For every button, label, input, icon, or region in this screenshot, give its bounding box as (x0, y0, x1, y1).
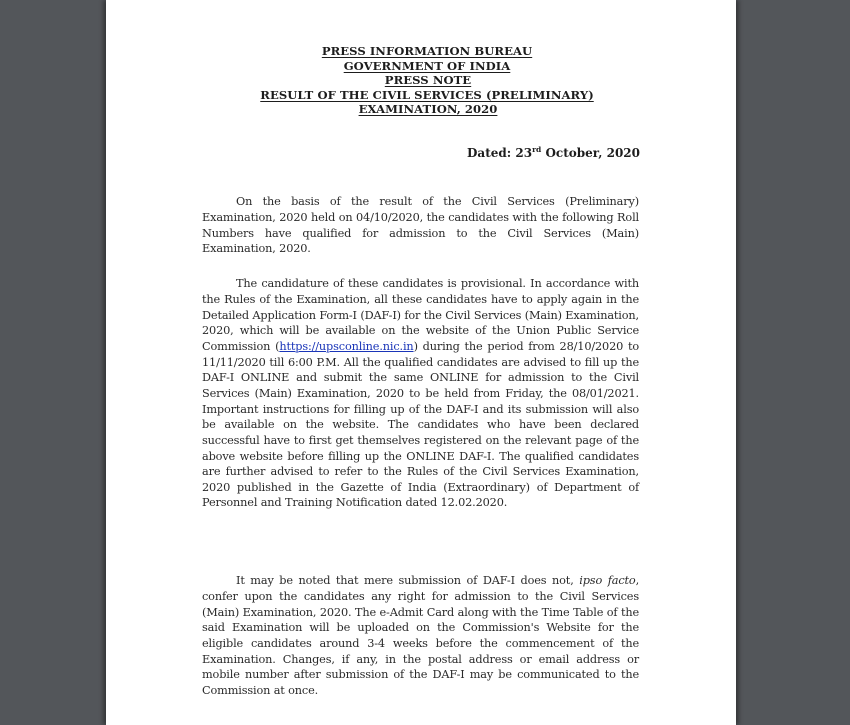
dated-ordinal: rd (532, 145, 541, 154)
paragraph-admit-card-text-2: , confer upon the candidates any right f… (202, 574, 639, 697)
dated-prefix: Dated: 23 (467, 146, 532, 160)
paragraph-admit-card-text-1: It may be noted that mere submission of … (236, 574, 579, 587)
header-line-government: GOVERNMENT OF INDIA (118, 59, 736, 74)
dated-line: Dated: 23rd October, 2020 (467, 145, 640, 160)
header-line-result-title: RESULT OF THE CIVIL SERVICES (PRELIMINAR… (118, 88, 736, 103)
header-line-press-note: PRESS NOTE (120, 73, 736, 88)
header-line-bureau: PRESS INFORMATION BUREAU (118, 44, 736, 59)
paragraph-candidature: The candidature of these candidates is p… (202, 276, 639, 511)
paragraph-admit-card: It may be noted that mere submission of … (202, 573, 639, 698)
document-page: PRESS INFORMATION BUREAU GOVERNMENT OF I… (106, 0, 736, 725)
document-header: PRESS INFORMATION BUREAU GOVERNMENT OF I… (106, 44, 736, 117)
upsc-online-link[interactable]: https://upsconline.nic.in (279, 340, 413, 353)
ipso-facto-italic: ipso facto (579, 574, 635, 587)
paragraph-candidature-text-2: ) during the period from 28/10/2020 to 1… (202, 340, 639, 510)
dated-suffix: October, 2020 (541, 146, 640, 160)
paragraph-qualification: On the basis of the result of the Civil … (202, 194, 639, 257)
header-line-examination: EXAMINATION, 2020 (120, 102, 736, 117)
